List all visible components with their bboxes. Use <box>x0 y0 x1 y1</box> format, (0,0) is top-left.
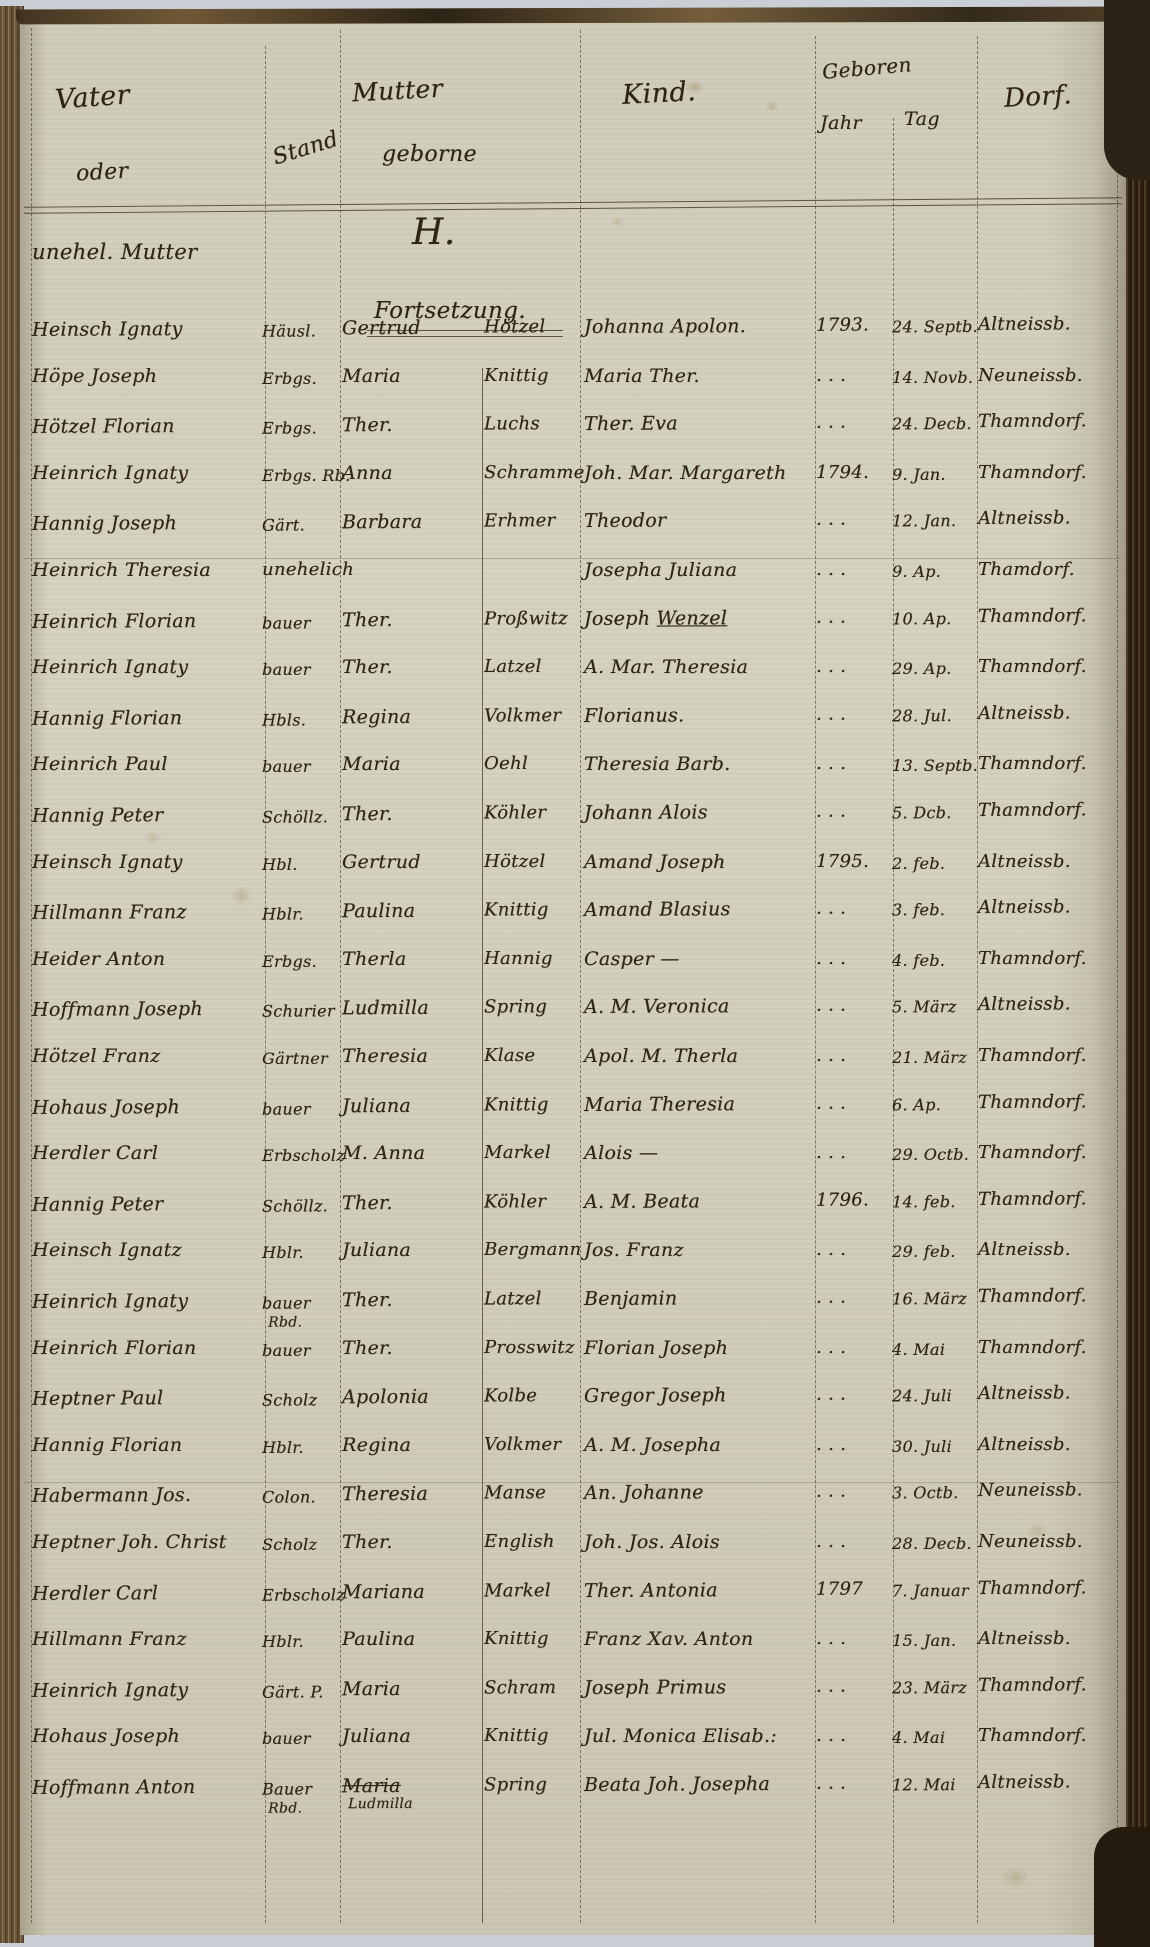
mother-given-cell: Gertrud <box>342 316 480 339</box>
stand-text: bauer <box>262 1099 311 1118</box>
child-text: Jul. Monica Elisab.: <box>584 1725 777 1747</box>
mother-given-struck: Maria <box>342 1775 401 1797</box>
year-cell: . . . <box>816 509 888 530</box>
table-row: Heinrich Florian bauer Ther. Proßwitz Jo… <box>22 601 1124 656</box>
child-cell: An. Johanne <box>584 1481 814 1504</box>
stand-text: Erbscholz <box>262 1585 345 1604</box>
village-cell: Altneissb. <box>978 1382 1126 1404</box>
village-cell: Altneissb. <box>978 993 1126 1015</box>
child-cell: Theodor <box>584 509 814 532</box>
father-cell: Heinrich Theresia <box>32 559 260 581</box>
village-cell: Altneissb. <box>978 702 1126 724</box>
child-text: Theodor <box>584 510 667 532</box>
mother-given-text: Ther. <box>342 1192 393 1214</box>
mother-given-text: Juliana <box>342 1725 411 1747</box>
year-cell: . . . <box>816 1286 888 1307</box>
stand-cell: Gärt. P. <box>262 1682 340 1701</box>
year-cell: . . . <box>816 1628 888 1649</box>
stand-text: bauer <box>262 660 311 679</box>
stand-text: Schurier <box>262 1002 335 1021</box>
unehelich-note: unehelich <box>262 559 498 580</box>
year-cell: . . . <box>816 1725 888 1746</box>
mother-surname-cell: Knittig <box>484 1628 582 1649</box>
child-text: Gregor Joseph <box>584 1384 727 1407</box>
mother-surname-cell: Knittig <box>484 1094 582 1116</box>
father-cell: Heinrich Ignaty <box>32 462 260 484</box>
mother-given-cell: Ludmilla <box>342 997 480 1020</box>
table-row: Hötzel Franz Gärtner Theresia Klase Apol… <box>22 1041 1124 1090</box>
day-cell: 4. Mai <box>892 1340 976 1359</box>
mother-given-cell: Gertrud <box>342 851 480 873</box>
child-text: Josepha Juliana <box>584 559 737 581</box>
year-cell: . . . <box>816 1675 888 1696</box>
year-cell: . . . <box>816 1239 888 1260</box>
child-cell: Joh. Mar. Margareth <box>584 462 814 484</box>
year-cell: . . . <box>816 606 888 627</box>
child-cell: Maria Theresia <box>584 1092 814 1115</box>
stand-text: Scholz <box>262 1391 317 1410</box>
father-cell: Heinrich Paul <box>32 753 260 775</box>
child-text: Benjamin <box>584 1287 678 1309</box>
stand-cell: Hblr. <box>262 904 340 923</box>
book-corner-bottom-right <box>1094 1827 1150 1947</box>
stand-text: Hbls. <box>262 710 306 729</box>
year-cell: 1795. <box>816 851 888 872</box>
day-cell: 12. Jan. <box>892 511 976 530</box>
child-text: Joseph <box>584 607 657 629</box>
village-cell: Thamdorf. <box>978 559 1126 580</box>
mother-surname-cell: English <box>484 1531 582 1552</box>
father-cell: Habermann Jos. <box>32 1484 260 1507</box>
child-cell: Amand Joseph <box>584 851 814 873</box>
year-cell: 1793. <box>816 314 888 335</box>
mother-given-cell: Ther. <box>342 802 480 825</box>
child-text: Jos. Franz <box>584 1239 684 1261</box>
village-cell: Thamndorf. <box>978 1337 1126 1358</box>
mother-surname-cell: Knittig <box>484 899 582 921</box>
mother-given-cell: Paulina <box>342 1628 480 1650</box>
header-tag: Tag <box>904 108 940 130</box>
village-cell: Altneissb. <box>978 1628 1126 1649</box>
mother-surname-cell: Markel <box>484 1142 582 1163</box>
table-row: Heinrich Ignaty bauer Ther. Latzel A. Ma… <box>22 652 1124 701</box>
child-cell: Theresia Barb. <box>584 753 814 775</box>
child-text: Florian Joseph <box>584 1337 728 1359</box>
village-cell: Thamndorf. <box>978 1577 1126 1599</box>
child-cell: Apol. M. Therla <box>584 1045 814 1067</box>
child-cell: Franz Xav. Anton <box>584 1628 814 1650</box>
mother-surname-cell: Spring <box>484 996 582 1018</box>
mother-surname-cell: Markel <box>484 1580 582 1602</box>
table-row: Hoffmann Joseph Schurier Ludmilla Spring… <box>22 990 1124 1045</box>
stand-cell: bauer <box>262 757 340 776</box>
stand-cell: bauer <box>262 660 340 679</box>
page-top-edge <box>16 7 1128 25</box>
father-cell: Heinsch Ignaty <box>32 851 260 873</box>
stand-cell: Hblr. <box>262 1632 340 1651</box>
header-jahr: Jahr <box>820 112 862 134</box>
stand-cell: Hblr. <box>262 1243 340 1262</box>
village-cell: Neuneissb. <box>978 1479 1126 1501</box>
child-text: Casper — <box>584 948 680 970</box>
year-cell: . . . <box>816 656 888 677</box>
mother-given-cell: Ther. <box>342 1191 480 1214</box>
child-cell: Jul. Monica Elisab.: <box>584 1725 814 1747</box>
year-cell: . . . <box>816 1772 888 1793</box>
stand-text: bauer <box>262 613 311 632</box>
stand-text: Häusl. <box>262 321 316 340</box>
header-mutter: Mutter <box>351 74 443 108</box>
table-row: Heinsch Ignatz Hblr. Juliana Bergmann Jo… <box>22 1235 1124 1284</box>
day-cell: 9. Ap. <box>892 562 976 581</box>
child-cell: Beata Joh. Josepha <box>584 1773 814 1796</box>
header-oder: oder <box>75 159 129 187</box>
day-cell: 3. feb. <box>892 900 976 919</box>
day-cell: 15. Jan. <box>892 1631 976 1650</box>
village-cell: Thamndorf. <box>978 1091 1126 1113</box>
stand-cell: bauerRbd. <box>262 1293 340 1312</box>
village-cell: Thamndorf. <box>978 1188 1126 1210</box>
mother-given-text: M. Anna <box>342 1142 425 1164</box>
child-cell: Joh. Jos. Alois <box>584 1531 814 1553</box>
section-note: unehel. Mutter <box>32 240 197 264</box>
mother-given-cell: Juliana <box>342 1239 480 1261</box>
mother-surname-cell: Manse <box>484 1482 582 1504</box>
day-cell: 14. Novb. <box>892 368 976 387</box>
table-row: Herdler Carl Erbscholz M. Anna Markel Al… <box>22 1138 1124 1187</box>
child-text: Johanna Apolon. <box>584 315 746 338</box>
day-cell: 5. Dcb. <box>892 803 976 822</box>
stand-text: Erbgs. <box>262 369 317 388</box>
child-text: Alois — <box>584 1142 658 1164</box>
stand-second-line: Rbd. <box>268 1314 302 1330</box>
mother-given-text: Therla <box>342 948 406 970</box>
year-cell: 1796. <box>816 1189 888 1210</box>
father-cell: Heider Anton <box>32 948 260 970</box>
child-cell: A. M. Josepha <box>584 1434 814 1456</box>
village-cell: Altneissb. <box>978 896 1126 918</box>
scanned-register-page: Vater oder Stand Mutter geborne Kind. Ge… <box>0 0 1150 1947</box>
stand-cell: Hbl. <box>262 855 340 874</box>
year-cell: . . . <box>816 1142 888 1163</box>
child-text: A. M. Josepha <box>584 1434 721 1456</box>
mother-given-cell: Theresia <box>342 1045 480 1067</box>
child-text: Apol. M. Therla <box>584 1045 738 1067</box>
mother-given-text: Anna <box>342 462 393 484</box>
stand-cell: Gärt. <box>262 516 340 535</box>
day-cell: 3. Octb. <box>892 1483 976 1502</box>
mother-given-cell: M. Anna <box>342 1142 480 1164</box>
stand-cell: bauer <box>262 1729 340 1748</box>
stand-second-line: Rbd. <box>268 1800 302 1816</box>
year-cell: . . . <box>816 703 888 724</box>
day-cell: 29. Octb. <box>892 1145 976 1164</box>
table-row: Hannig Joseph Gärt. Barbara Erhmer Theod… <box>22 504 1124 559</box>
father-cell: Hötzel Franz <box>32 1045 260 1067</box>
mother-given-cell: Ther. <box>342 1337 480 1359</box>
village-cell: Thamndorf. <box>978 1725 1126 1746</box>
stand-text: Gärt. P. <box>262 1682 324 1701</box>
child-cell: A. M. Veronica <box>584 995 814 1018</box>
father-cell: Heptner Paul <box>32 1387 260 1410</box>
mother-given-cell: Ther. <box>342 608 480 631</box>
table-row: Hötzel Florian Erbgs. Ther. Luchs Ther. … <box>22 406 1124 461</box>
village-cell: Neuneissb. <box>978 1531 1126 1552</box>
day-cell: 4. Mai <box>892 1728 976 1747</box>
mother-given-cell: Therla <box>342 948 480 970</box>
village-cell: Thamndorf. <box>978 753 1126 774</box>
mother-given-text: Regina <box>342 706 411 728</box>
father-cell: Hötzel Florian <box>32 415 260 438</box>
village-cell: Altneissb. <box>978 1239 1126 1260</box>
mother-surname-cell: Latzel <box>484 656 582 677</box>
stand-text: Erbgs. <box>262 419 317 438</box>
child-text: Joh. Mar. Margareth <box>584 462 786 484</box>
child-text: Theresia Barb. <box>584 753 730 775</box>
day-cell: 24. Juli <box>892 1386 976 1405</box>
mother-given-text: Juliana <box>342 1239 411 1261</box>
day-cell: 30. Juli <box>892 1437 976 1456</box>
year-cell: . . . <box>816 898 888 919</box>
day-cell: 28. Decb. <box>892 1534 976 1553</box>
stand-text: Schöllz. <box>262 1196 328 1215</box>
table-row: Heinrich Florian bauer Ther. Prosswitz F… <box>22 1333 1124 1382</box>
mother-surname-cell: Luchs <box>484 413 582 435</box>
village-cell: Thamndorf. <box>978 1674 1126 1696</box>
mother-given-cell: Mariana <box>342 1580 480 1603</box>
mother-surname-cell: Spring <box>484 1774 582 1796</box>
mother-given-text: Regina <box>342 1434 411 1456</box>
table-row: Hohaus Joseph bauer Juliana Knittig Jul.… <box>22 1721 1124 1770</box>
child-cell: Florianus. <box>584 704 814 727</box>
father-cell: Heinsch Ignaty <box>32 318 260 341</box>
mother-surname-cell: Latzel <box>484 1288 582 1310</box>
village-cell: Altneissb. <box>978 313 1126 335</box>
child-cell: Johann Alois <box>584 801 814 824</box>
stand-cell: BauerRbd. <box>262 1779 340 1798</box>
year-cell: . . . <box>816 948 888 969</box>
village-cell: Thamndorf. <box>978 799 1126 821</box>
village-cell: Thamndorf. <box>978 410 1126 432</box>
year-cell: . . . <box>816 1531 888 1552</box>
day-cell: 13. Septb. <box>892 756 976 775</box>
child-text: Johann Alois <box>584 801 708 824</box>
child-text: Amand Joseph <box>584 851 726 873</box>
child-text: A. M. Beata <box>584 1190 700 1213</box>
day-cell: 9. Jan. <box>892 465 976 484</box>
child-cell: A. M. Beata <box>584 1190 814 1213</box>
stand-text: Bauer <box>262 1779 312 1798</box>
mother-given-text: Ther. <box>342 1289 393 1311</box>
stand-cell: bauer <box>262 613 340 632</box>
father-cell: Höpe Joseph <box>32 365 260 387</box>
stand-cell: Erbscholz <box>262 1585 340 1604</box>
stand-cell: Schurier <box>262 1002 340 1021</box>
mother-surname-cell: Proßwitz <box>484 608 582 630</box>
father-cell: Hillmann Franz <box>32 1628 260 1650</box>
mother-surname-cell: Hötzel <box>484 851 582 872</box>
village-cell: Thamndorf. <box>978 656 1126 677</box>
stand-cell: Erbgs. <box>262 418 340 437</box>
child-text: A. Mar. Theresia <box>584 656 748 678</box>
child-text: Beata Joh. Josepha <box>584 1773 770 1796</box>
stand-cell: Colon. <box>262 1488 340 1507</box>
mother-given-text: Theresia <box>342 1045 428 1067</box>
table-row: Herdler Carl Erbscholz Mariana Markel Th… <box>22 1573 1124 1628</box>
mother-given-cell: Ther. <box>342 1531 480 1553</box>
stand-cell: Gärtner <box>262 1049 340 1068</box>
day-cell: 4. feb. <box>892 951 976 970</box>
child-cell: Ther. Antonia <box>584 1578 814 1601</box>
stand-cell: Schöllz. <box>262 807 340 826</box>
father-cell: Herdler Carl <box>32 1581 260 1604</box>
village-cell: Altneissb. <box>978 1771 1126 1793</box>
table-row: Heinrich Theresia unehelich Josepha Juli… <box>22 555 1124 604</box>
year-cell: . . . <box>816 1092 888 1113</box>
mother-given-text: Ther. <box>342 1337 393 1359</box>
child-underlined-text: Wenzel <box>656 607 727 629</box>
stand-cell: Hblr. <box>262 1438 340 1457</box>
father-cell: Hoffmann Anton <box>32 1776 260 1799</box>
stand-cell: Hbls. <box>262 710 340 729</box>
table-row: Hannig Florian Hbls. Regina Volkmer Flor… <box>22 698 1124 753</box>
mother-given-text: Ther. <box>342 656 393 678</box>
book-page-stack-right <box>1124 0 1150 1947</box>
child-text: Ther. Antonia <box>584 1579 718 1602</box>
table-row: Hannig Florian Hblr. Regina Volkmer A. M… <box>22 1430 1124 1479</box>
stand-text: bauer <box>262 1293 311 1312</box>
day-cell: 24. Septb. <box>892 317 976 336</box>
stand-text: bauer <box>262 1729 311 1748</box>
header-vater: Vater <box>54 79 131 115</box>
section-letter: H. <box>412 212 456 253</box>
year-cell: . . . <box>816 800 888 821</box>
mother-given-text: Ther. <box>342 414 393 436</box>
header-kind: Kind. <box>621 76 697 111</box>
mother-given-cell: Anna <box>342 462 480 484</box>
child-cell: Johanna Apolon. <box>584 315 814 338</box>
day-cell: 23. März <box>892 1678 976 1697</box>
child-cell: Ther. Eva <box>584 412 814 435</box>
father-cell: Heinrich Florian <box>32 609 260 632</box>
table-row: Höpe Joseph Erbgs. Maria Knittig Maria T… <box>22 361 1124 410</box>
mother-surname-cell: Prosswitz <box>484 1337 582 1358</box>
father-cell: Hannig Florian <box>32 1434 260 1456</box>
day-cell: 5. März <box>892 997 976 1016</box>
table-row: Heinsch Ignaty Hbl. Gertrud Hötzel Amand… <box>22 847 1124 896</box>
stand-cell: Häusl. <box>262 321 340 340</box>
year-cell: . . . <box>816 1384 888 1405</box>
father-cell: Heptner Joh. Christ <box>32 1531 260 1553</box>
header-geborne: geborne <box>382 142 477 167</box>
table-row: Heider Anton Erbgs. Therla Hannig Casper… <box>22 944 1124 993</box>
father-cell: Hohaus Joseph <box>32 1095 260 1118</box>
mother-given-text: Juliana <box>342 1094 411 1116</box>
mother-surname-cell: Hötzel <box>484 316 582 338</box>
stand-cell: Scholz <box>262 1535 340 1554</box>
child-cell: Gregor Joseph <box>584 1384 814 1407</box>
stand-cell: Erbgs. Rb. <box>262 466 340 485</box>
stand-cell: bauer <box>262 1341 340 1360</box>
stand-cell: Erbgs. <box>262 952 340 971</box>
mother-given-text: Ludmilla <box>342 997 429 1019</box>
stand-cell: Erbscholz <box>262 1146 340 1165</box>
mother-surname-cell: Köhler <box>484 1191 582 1213</box>
mother-surname-cell: Hannig <box>484 948 582 969</box>
father-cell: Hannig Peter <box>32 804 260 827</box>
header-dorf: Dorf. <box>1003 80 1072 114</box>
stand-cell: Schöllz. <box>262 1196 340 1215</box>
stand-text: Hbl. <box>262 855 298 874</box>
day-cell: 6. Ap. <box>892 1094 976 1113</box>
table-row: Hohaus Joseph bauer Juliana Knittig Mari… <box>22 1087 1124 1142</box>
father-cell: Hohaus Joseph <box>32 1725 260 1747</box>
table-row: Heptner Paul Scholz Apolonia Kolbe Grego… <box>22 1378 1124 1433</box>
child-cell: Jos. Franz <box>584 1239 814 1261</box>
mother-given-cell: Regina <box>342 1434 480 1456</box>
mother-given-text: Apolonia <box>342 1386 429 1408</box>
father-cell: Herdler Carl <box>32 1142 260 1164</box>
year-cell: . . . <box>816 1434 888 1455</box>
year-cell: . . . <box>816 1337 888 1358</box>
table-row: Hillmann Franz Hblr. Paulina Knittig Ama… <box>22 892 1124 947</box>
father-cell: Heinrich Florian <box>32 1337 260 1359</box>
stand-text: bauer <box>262 1341 311 1360</box>
child-text: Joh. Jos. Alois <box>584 1531 720 1553</box>
mother-surname-cell: Oehl <box>484 753 582 774</box>
year-cell: . . . <box>816 1045 888 1066</box>
child-text: Maria Theresia <box>584 1093 735 1116</box>
stand-text: Hblr. <box>262 905 304 924</box>
stand-text: Erbgs. Rb. <box>262 466 351 485</box>
year-cell: 1794. <box>816 462 888 483</box>
stand-text: Hblr. <box>262 1438 304 1457</box>
mother-given-text: Paulina <box>342 1628 415 1650</box>
child-cell: Josepha Juliana <box>584 559 814 581</box>
mother-given-cell: Paulina <box>342 900 480 923</box>
table-row: Heinrich Ignaty Gärt. P. Maria Schram Jo… <box>22 1670 1124 1725</box>
village-cell: Altneissb. <box>978 1434 1126 1455</box>
mother-given-text: Maria <box>342 753 401 775</box>
mother-given-cell: Barbara <box>342 511 480 534</box>
day-cell: 10. Ap. <box>892 608 976 627</box>
table-row: Heinrich Paul bauer Maria Oehl Theresia … <box>22 749 1124 798</box>
father-cell: Hannig Florian <box>32 706 260 729</box>
day-cell: 21. März <box>892 1048 976 1067</box>
mother-given-cell: Ther. <box>342 414 480 437</box>
stand-cell: Erbgs. <box>262 369 340 388</box>
child-cell: Casper — <box>584 948 814 970</box>
day-cell: 7. Januar <box>892 1580 976 1599</box>
mother-given-text: Ther. <box>342 803 393 825</box>
stand-cell: bauer <box>262 1099 340 1118</box>
day-cell: 16. März <box>892 1289 976 1308</box>
day-cell: 12. Mai <box>892 1775 976 1794</box>
mother-given-text: Ther. <box>342 609 393 631</box>
book-corner-top-right <box>1104 0 1150 180</box>
table-row: Heinrich Ignaty Erbgs. Rb. Anna Schramme… <box>22 458 1124 507</box>
table-row: Hannig Peter Schöllz. Ther. Köhler Johan… <box>22 795 1124 850</box>
child-cell: A. Mar. Theresia <box>584 656 814 678</box>
day-cell: 29. feb. <box>892 1242 976 1261</box>
child-text: Ther. Eva <box>584 413 678 435</box>
mother-given-text: Maria <box>342 1678 401 1700</box>
table-row: Heptner Joh. Christ Scholz Ther. English… <box>22 1527 1124 1576</box>
mother-given-text: Mariana <box>342 1580 425 1602</box>
year-cell: . . . <box>816 995 888 1016</box>
year-cell: . . . <box>816 365 888 386</box>
mother-given-cell: Regina <box>342 705 480 728</box>
